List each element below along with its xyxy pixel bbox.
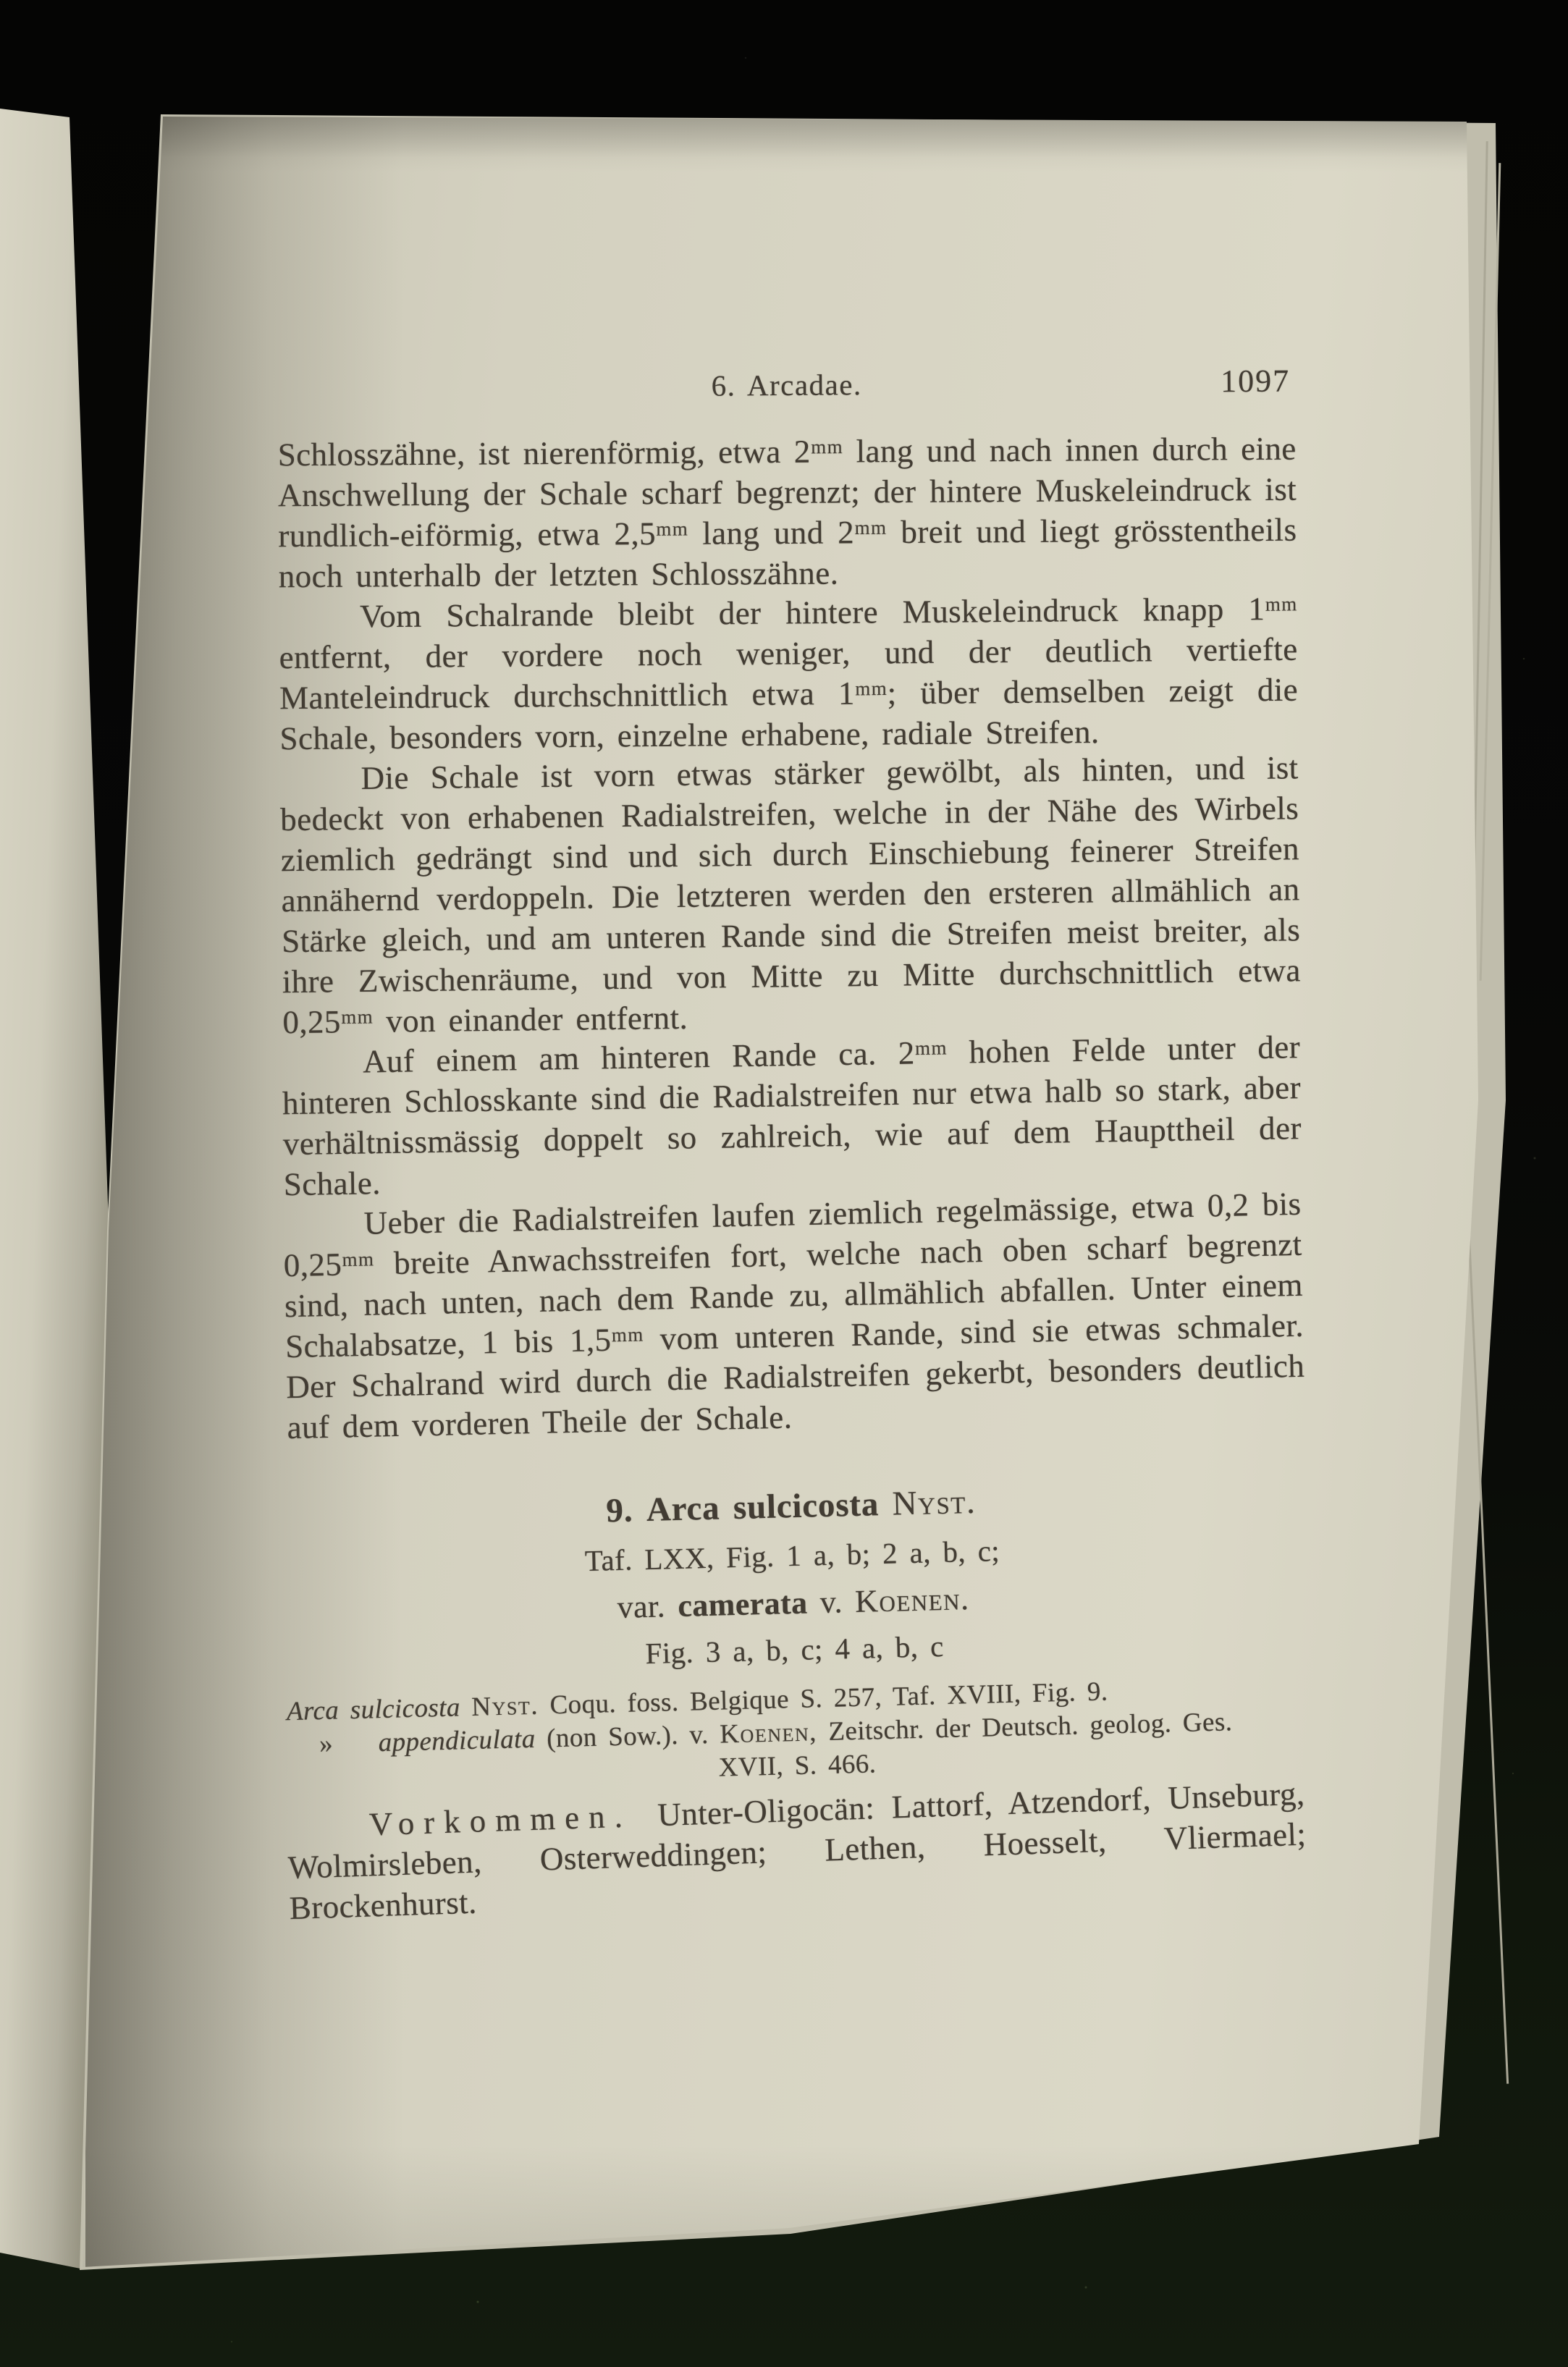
synonym-connector: v. bbox=[689, 1720, 709, 1750]
book-page: 6. Arcadae. 1097 Schlosszähne, ist niere… bbox=[65, 107, 1513, 2275]
synonym-species: appendiculata bbox=[378, 1724, 536, 1758]
body-paragraph: Vom Schalrande bleibt der hintere Muskel… bbox=[279, 588, 1299, 759]
body-paragraph: Auf einem am hinteren Rande ca. 2ᵐᵐ hohe… bbox=[282, 1026, 1302, 1204]
variant-prefix: var. bbox=[617, 1588, 666, 1625]
synonym-author: Nyst. bbox=[471, 1691, 539, 1722]
synonymy-list: Arca sulcicosta Nyst. Coqu. foss. Belgiq… bbox=[286, 1671, 1307, 1795]
species-name: Arca sulcicosta bbox=[646, 1485, 879, 1529]
occurrence-paragraph: Vorkommen. Unter-Oligocän: Lattorf, Atze… bbox=[286, 1773, 1308, 1929]
page-content: 6. Arcadae. 1097 Schlosszähne, ist niere… bbox=[277, 362, 1305, 1929]
body-paragraph: Ueber die Radialstreifen laufen ziemlich… bbox=[282, 1183, 1306, 1448]
occurrence-label: Vorkommen. bbox=[368, 1797, 632, 1842]
synonym-author: Koenen, bbox=[720, 1717, 818, 1749]
section-header: 6. Arcadae. bbox=[711, 364, 861, 406]
page-number: 1097 bbox=[1221, 360, 1296, 402]
ditto-mark: » bbox=[319, 1727, 368, 1762]
synonym-species: Arca sulcicosta bbox=[286, 1692, 460, 1726]
variant-author: Koenen. bbox=[855, 1581, 970, 1619]
running-header: 6. Arcadae. 1097 bbox=[277, 360, 1296, 409]
species-author: Nyst. bbox=[892, 1483, 977, 1523]
body-paragraph: Die Schale ist vorn etwas stärker gewölb… bbox=[279, 747, 1301, 1042]
occurrence-text: Unter-Oligocän: Lattorf, Atzendorf, Unse… bbox=[287, 1776, 1307, 1927]
species-section: 9. Arca sulcicosta Nyst. Taf. LXX, Fig. … bbox=[282, 1474, 1307, 1795]
species-number: 9. bbox=[606, 1491, 633, 1530]
running-header-spacer bbox=[277, 396, 711, 400]
synonym-qualifier: (non Sow.). bbox=[547, 1721, 679, 1753]
variant-name: camerata bbox=[678, 1585, 808, 1624]
variant-connector: v. bbox=[819, 1584, 843, 1620]
body-paragraph: Schlosszähne, ist nierenförmig, etwa 2ᵐᵐ… bbox=[278, 429, 1297, 597]
scanned-book-photo: 6. Arcadae. 1097 Schlosszähne, ist niere… bbox=[0, 0, 1568, 2367]
